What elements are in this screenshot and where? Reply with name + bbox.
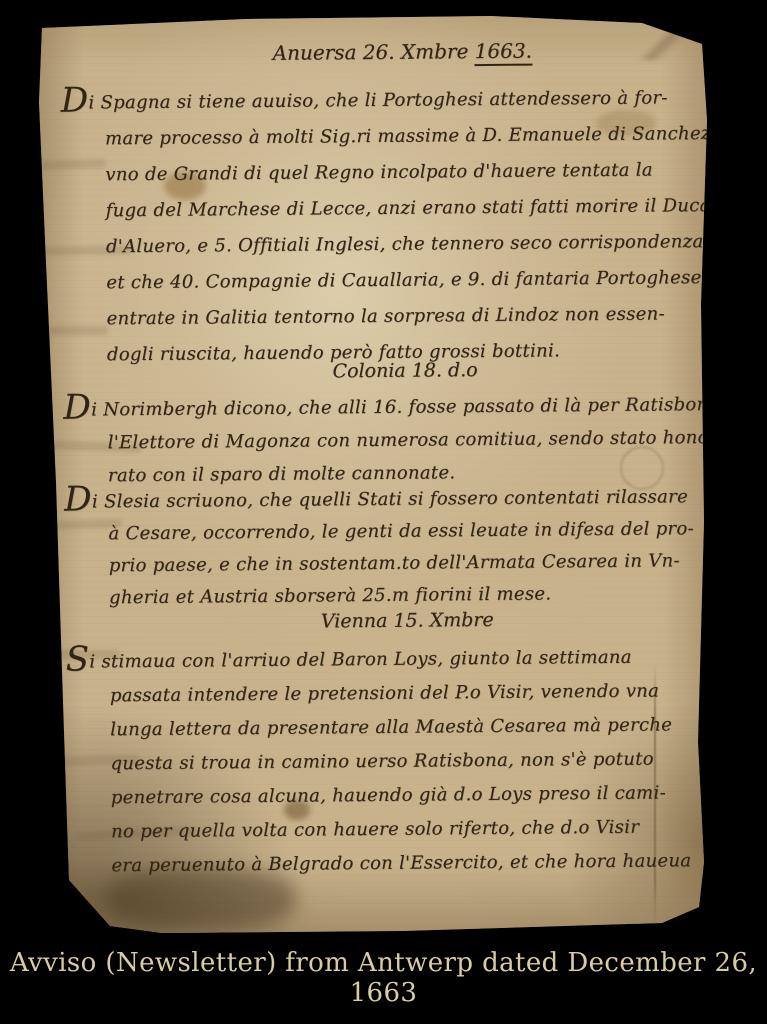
manuscript-line: mare processo à molti Sig.ri massime à D… [105, 116, 711, 157]
manuscript-page: Anuersa 26. Xmbre 1663. Di Spagna si tie… [36, 14, 708, 934]
manuscript-line: d'Aluero, e 5. Offitiali Inglesi, che te… [106, 224, 712, 265]
manuscript-line: era peruenuto à Belgrado con l'Essercito… [111, 844, 691, 883]
manuscript-line: lunga lettera da presentare alla Maestà … [110, 708, 690, 747]
manuscript-line: no per quella volta con hauere solo rife… [111, 810, 691, 849]
dateline-place-date: Anuersa 26. Xmbre [273, 39, 475, 65]
caption: Avviso (Newsletter) from Antwerp dated D… [0, 948, 767, 1008]
photo-background: Anuersa 26. Xmbre 1663. Di Spagna si tie… [0, 0, 767, 1024]
news-paragraph-vienna: Si stimaua con l'arriuo del Baron Loys, … [65, 640, 691, 883]
manuscript-line: passata intendere le pretensioni del P.o… [110, 674, 690, 713]
manuscript-line: Di Spagna si tiene auuiso, che li Portog… [61, 80, 711, 122]
manuscript-line: questa si troua in camino uerso Ratisbon… [110, 742, 690, 781]
manuscript-line: Si stimaua con l'arriuo del Baron Loys, … [65, 640, 689, 679]
manuscript-line: fuga del Marchese di Lecce, anzi erano s… [106, 188, 712, 229]
manuscript-line: vno de Grandi di quel Regno incolpato d'… [105, 152, 711, 193]
manuscript-line: prio paese, e che in sostentam.to dell'A… [109, 545, 695, 582]
manuscript-line: l'Elettore di Magonza con numerosa comit… [108, 421, 720, 459]
manuscript-line: à Cesare, occorrendo, le genti da essi l… [108, 513, 694, 550]
manuscript-line: penetrare cosa alcuna, hauendo già d.o L… [111, 776, 691, 815]
news-paragraph-slesia: Di Slesia scriuono, che quelli Stati si … [64, 481, 695, 614]
manuscript-line: entrate in Galitia tentorno la sorpresa … [106, 296, 712, 337]
dateline-heading-anuersa: Anuersa 26. Xmbre 1663. [32, 37, 738, 67]
underlined-year: 1663. [475, 39, 532, 66]
news-paragraph-norimbergh: Di Norimbergh dicono, che alli 16. fosse… [63, 388, 720, 493]
manuscript-line: et che 40. Compagnie di Cauallaria, e 9.… [106, 260, 712, 301]
news-paragraph-spagna: Di Spagna si tiene auuiso, che li Portog… [61, 80, 713, 374]
handwritten-text-layer: Anuersa 26. Xmbre 1663. Di Spagna si tie… [32, 11, 712, 937]
